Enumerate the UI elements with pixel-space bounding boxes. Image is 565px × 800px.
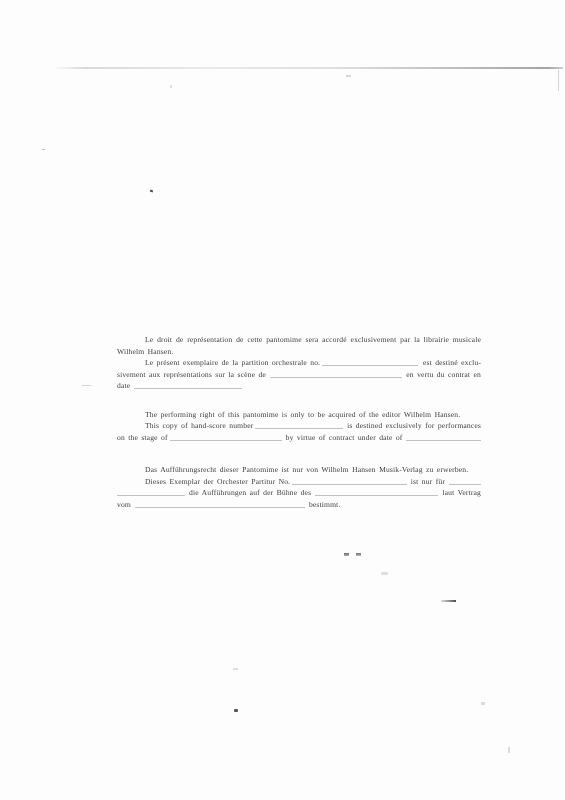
- german-line-2-text-b: ist nur für: [411, 476, 445, 488]
- fill-in-line-date-de: [135, 507, 305, 508]
- german-line-1: Das Aufführungsrecht dieser Pantomime is…: [117, 464, 481, 476]
- scan-speck: [150, 190, 154, 193]
- french-line-4-text-b: en vertu du contrat en: [406, 369, 481, 381]
- fill-in-line-score-number-fr: [322, 365, 418, 366]
- french-line-4-text-a: sivement aux représentations sur la scèn…: [117, 369, 266, 381]
- german-line-1-text: Das Aufführungsrecht dieser Pantomime is…: [145, 464, 468, 476]
- french-line-1: Le droit de représentation de cette pant…: [117, 334, 481, 346]
- french-line-5: date: [117, 380, 481, 392]
- fill-in-line-score-number-en: [255, 428, 343, 429]
- german-line-3-text-a: die Aufführungen auf der Bühne des: [189, 487, 311, 499]
- english-line-3-text-b: by virtue of contract under date of: [286, 432, 403, 444]
- french-line-2-text: Wilhelm Hansen.: [117, 346, 173, 358]
- fill-in-line-score-number-de: [292, 484, 407, 485]
- fill-in-line-date-fr: [134, 388, 242, 389]
- scan-speck: [42, 149, 45, 150]
- german-line-3-text-b: laut Vertrag: [442, 487, 481, 499]
- german-line-2-text-a: Dieses Exemplar der Orchester Partitur N…: [145, 476, 290, 488]
- scan-speck: [381, 572, 388, 575]
- english-line-2-text-b: is destined exclusively for performances: [347, 420, 481, 432]
- scan-speck: [346, 75, 351, 77]
- scan-speck: [82, 385, 91, 386]
- scan-speck: [234, 709, 238, 712]
- fill-in-line-date-en: [406, 440, 481, 441]
- german-line-4: vom bestimmt.: [117, 499, 481, 511]
- german-line-2: Dieses Exemplar der Orchester Partitur N…: [117, 476, 481, 488]
- german-line-3: die Aufführungen auf der Bühne des laut …: [117, 487, 481, 499]
- scan-speck: [508, 747, 510, 753]
- scan-speck: [481, 702, 485, 705]
- scan-speck: [441, 600, 456, 602]
- english-line-2: This copy of hand-score number is destin…: [117, 420, 481, 432]
- rights-notice-block: Le droit de représentation de cette pant…: [117, 334, 481, 510]
- scan-speck: [344, 553, 349, 556]
- fill-in-line-stage-de: [315, 495, 438, 496]
- french-line-3-text-b: est destiné exclu-: [423, 357, 481, 369]
- scan-speck: [233, 668, 238, 670]
- fill-in-line-continuation-de: [449, 484, 481, 485]
- german-paragraph: Das Aufführungsrecht dieser Pantomime is…: [117, 464, 481, 510]
- english-line-2-text-a: This copy of hand-score number: [145, 420, 253, 432]
- english-line-3-text-a: on the stage of: [117, 432, 168, 444]
- german-line-4-text-a: vom: [117, 499, 131, 511]
- french-line-3-text-a: Le présent exemplaire de la partition or…: [145, 357, 320, 369]
- french-line-2: Wilhelm Hansen.: [117, 346, 481, 358]
- fill-in-line-stage-en: [170, 440, 282, 441]
- scan-streak-line: [54, 67, 563, 69]
- scan-vertical-tick: [558, 70, 559, 91]
- french-paragraph: Le droit de représentation de cette pant…: [117, 334, 481, 392]
- scanned-page: Le droit de représentation de cette pant…: [0, 0, 565, 800]
- french-line-3: Le présent exemplaire de la partition or…: [117, 357, 481, 369]
- fill-in-line-lead-de: [117, 495, 185, 496]
- french-line-4: sivement aux représentations sur la scèn…: [117, 369, 481, 381]
- french-line-5-text-a: date: [117, 380, 130, 392]
- german-line-4-text-b: bestimmt.: [309, 499, 341, 511]
- english-paragraph: The performing right of this pantomime i…: [117, 409, 481, 444]
- scan-speck: [170, 85, 172, 88]
- english-line-3: on the stage of by virtue of contract un…: [117, 432, 481, 444]
- scan-speck: [356, 553, 361, 556]
- english-line-1-text: The performing right of this pantomime i…: [145, 409, 460, 421]
- english-line-1: The performing right of this pantomime i…: [117, 409, 481, 421]
- fill-in-line-stage-fr: [270, 377, 402, 378]
